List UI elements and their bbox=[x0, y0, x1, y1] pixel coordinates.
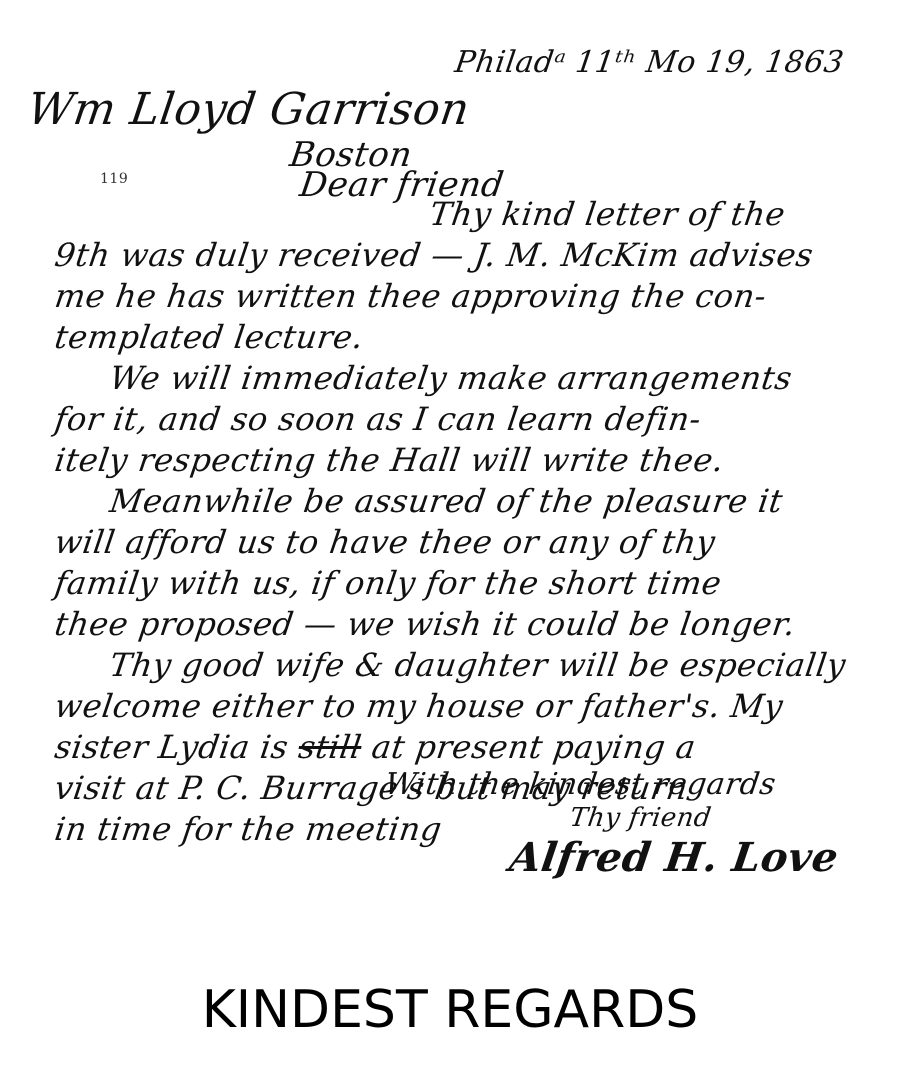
letter-date: Philadᵃ 11ᵗʰ Mo 19, 1863 bbox=[453, 48, 846, 78]
letter-line: sister Lydia is still at present paying … bbox=[53, 731, 698, 763]
letter-closing-sub: Thy friend bbox=[568, 805, 713, 831]
letter-line: We will immediately make arrangements bbox=[108, 362, 794, 394]
letter-signature: Alfred H. Love bbox=[507, 838, 841, 878]
letter-line: family with us, if only for the short ti… bbox=[53, 567, 724, 599]
letter-line: templated lecture. bbox=[53, 321, 366, 353]
letter-addressee: Wm Lloyd Garrison bbox=[25, 88, 472, 132]
letter-line: Meanwhile be assured of the pleasure it bbox=[108, 485, 785, 517]
letter-line: Thy kind letter of the bbox=[428, 198, 788, 230]
letter-line: itely respecting the Hall will write the… bbox=[53, 444, 726, 476]
letter-line: thee proposed — we wish it could be long… bbox=[53, 608, 798, 640]
letter-line: me he has written thee approving the con… bbox=[53, 280, 769, 312]
letter-closing: With the kindest regards bbox=[383, 770, 778, 800]
letter-line: 9th was duly received — J. M. McKim advi… bbox=[53, 239, 816, 271]
letter-line: in time for the meeting bbox=[53, 813, 444, 845]
handwritten-letter: Philadᵃ 11ᵗʰ Mo 19, 1863 Wm Lloyd Garris… bbox=[0, 0, 900, 940]
letter-line: will afford us to have thee or any of th… bbox=[53, 526, 718, 558]
struck-word: still bbox=[296, 728, 364, 766]
caption: KINDEST REGARDS bbox=[0, 980, 900, 1040]
letter-line: Thy good wife & daughter will be especia… bbox=[108, 649, 848, 681]
reference-number: 119 bbox=[100, 172, 128, 186]
letter-line: welcome either to my house or father's. … bbox=[53, 690, 785, 722]
letter-line: for it, and so soon as I can learn defin… bbox=[53, 403, 703, 435]
